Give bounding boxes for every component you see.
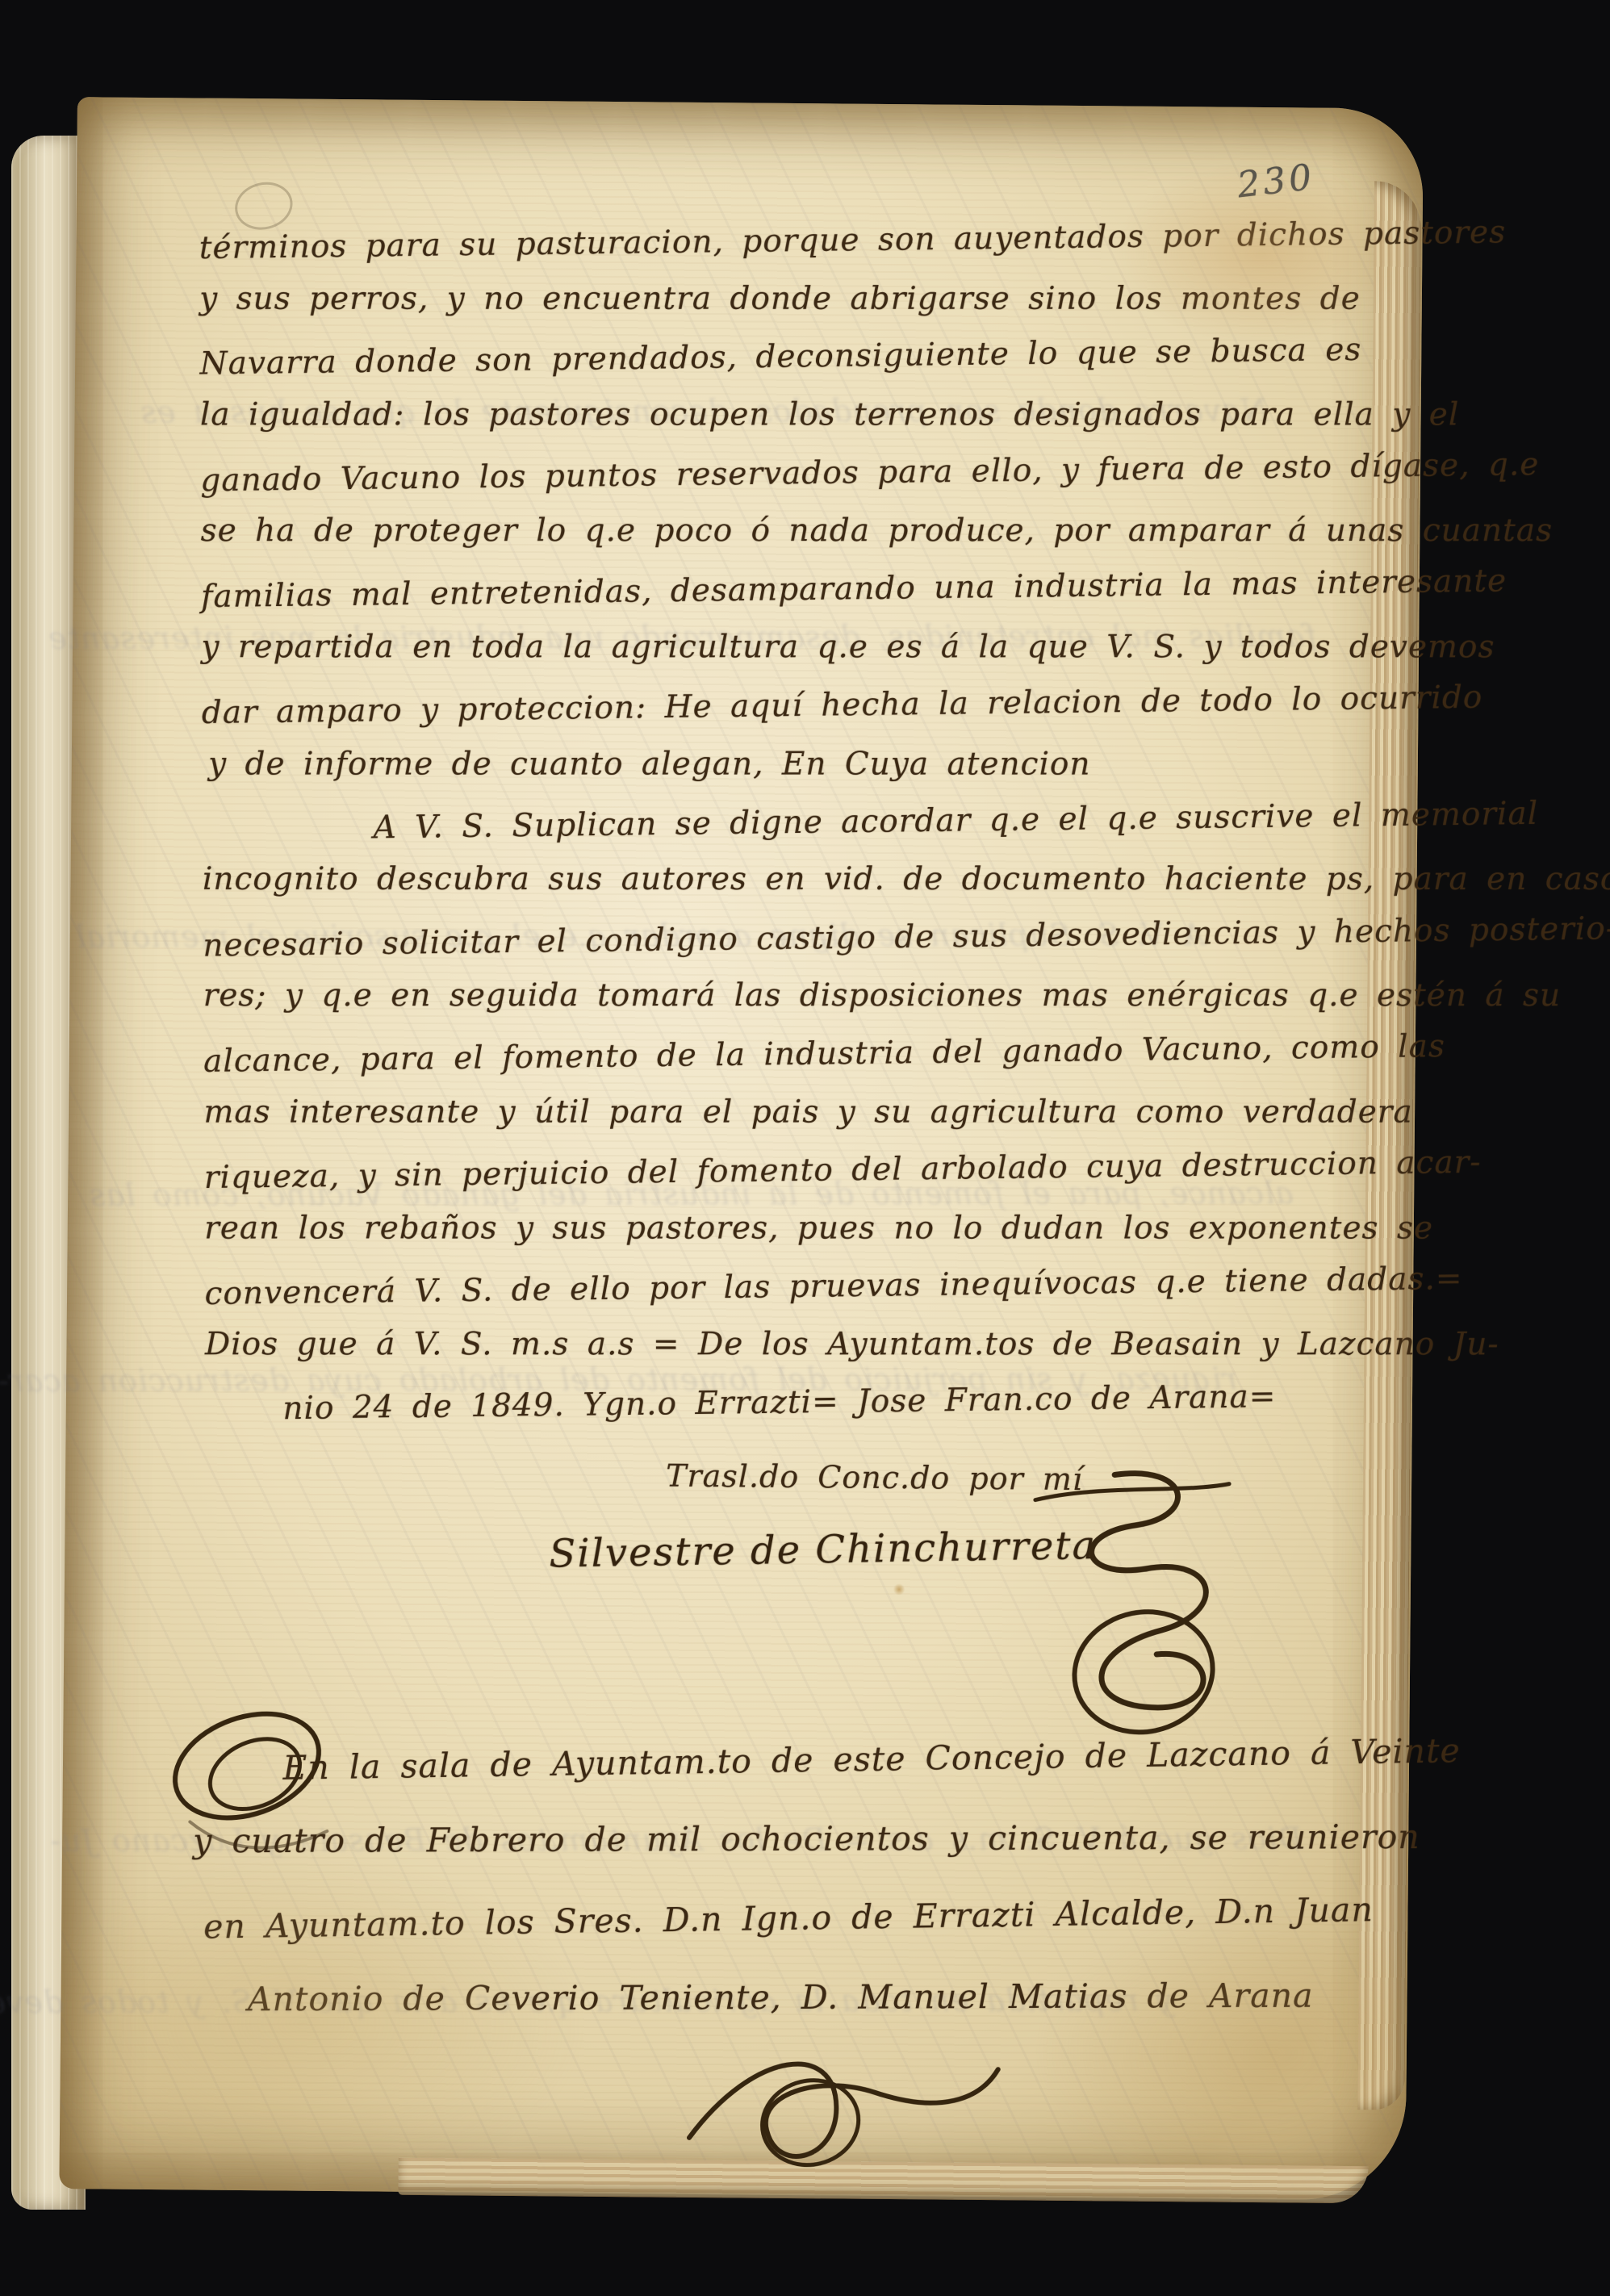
manuscript-line: ganado Vacuno los puntos reservados para… (200, 446, 1540, 499)
closing-flourish (680, 2017, 1005, 2205)
manuscript-line: y de informe de cuanto alegan, En Cuya a… (208, 747, 1090, 783)
manuscript-line: incognito descubra sus autores en vid. d… (203, 861, 1610, 897)
manuscript-line: convencerá V. S. de ello por las pruevas… (204, 1261, 1462, 1312)
petition-letter-text: términos para su pasturacion, porque son… (199, 220, 1402, 226)
photograph-background: 230 Navarra donde son prendados, deconsi… (0, 0, 1610, 2296)
manuscript-line: términos para su pasturacion, porque son… (199, 214, 1507, 266)
signature-rubric-flourish (985, 1467, 1245, 1744)
manuscript-line: y sus perros, y no encuentra donde abrig… (199, 281, 1361, 317)
manuscript-line: mas interesante y útil para el pais y su… (203, 1094, 1412, 1131)
manuscript-line: nio 24 de 1849. Ygn.o Errazti= Jose Fran… (282, 1378, 1277, 1427)
manuscript-line: en Ayuntam.to los Sres. D.n Ign.o de Err… (203, 1890, 1374, 1947)
manuscript-line: riqueza, y sin perjuicio del fomento del… (204, 1144, 1482, 1196)
manuscript-line: Antonio de Ceverio Teniente, D. Manuel M… (248, 1976, 1314, 2019)
council-minutes-text: En la sala de Ayuntam.to de este Concejo… (186, 1735, 1388, 1746)
paragraph-initial-flourish (157, 1700, 361, 1880)
folio-number: 230 (1236, 157, 1317, 207)
manuscript-line: res; y q.e en seguida tomará las disposi… (203, 977, 1562, 1014)
paper-mark (230, 177, 298, 236)
manuscript-line: se ha de proteger lo q.e poco ó nada pro… (201, 512, 1553, 549)
manuscript-line: rean los rebaños y sus pastores, pues no… (204, 1210, 1433, 1246)
manuscript-line: familias mal entretenidas, desamparando … (201, 562, 1508, 615)
manuscript-line: alcance, para el fomento de la industria… (203, 1028, 1445, 1080)
manuscript-line: y repartida en toda la agricultura q.e e… (201, 629, 1495, 665)
manuscript-page: 230 Navarra donde son prendados, deconsi… (59, 97, 1424, 2200)
manuscript-line: dar amparo y proteccion: He aquí hecha l… (202, 680, 1483, 731)
manuscript-line: En la sala de Ayuntam.to de este Concejo… (282, 1731, 1461, 1788)
manuscript-line: la igualdad: los pastores ocupen los ter… (200, 396, 1459, 433)
manuscript-line: Dios gue á V. S. m.s a.s = De los Ayunta… (205, 1326, 1499, 1362)
manuscript-line: Navarra donde son prendados, deconsiguie… (199, 332, 1361, 383)
manuscript-line: A V. S. Suplican se digne acordar q.e el… (373, 796, 1538, 847)
manuscript-line: y cuatro de Febrero de mil ochocientos y… (193, 1817, 1420, 1860)
